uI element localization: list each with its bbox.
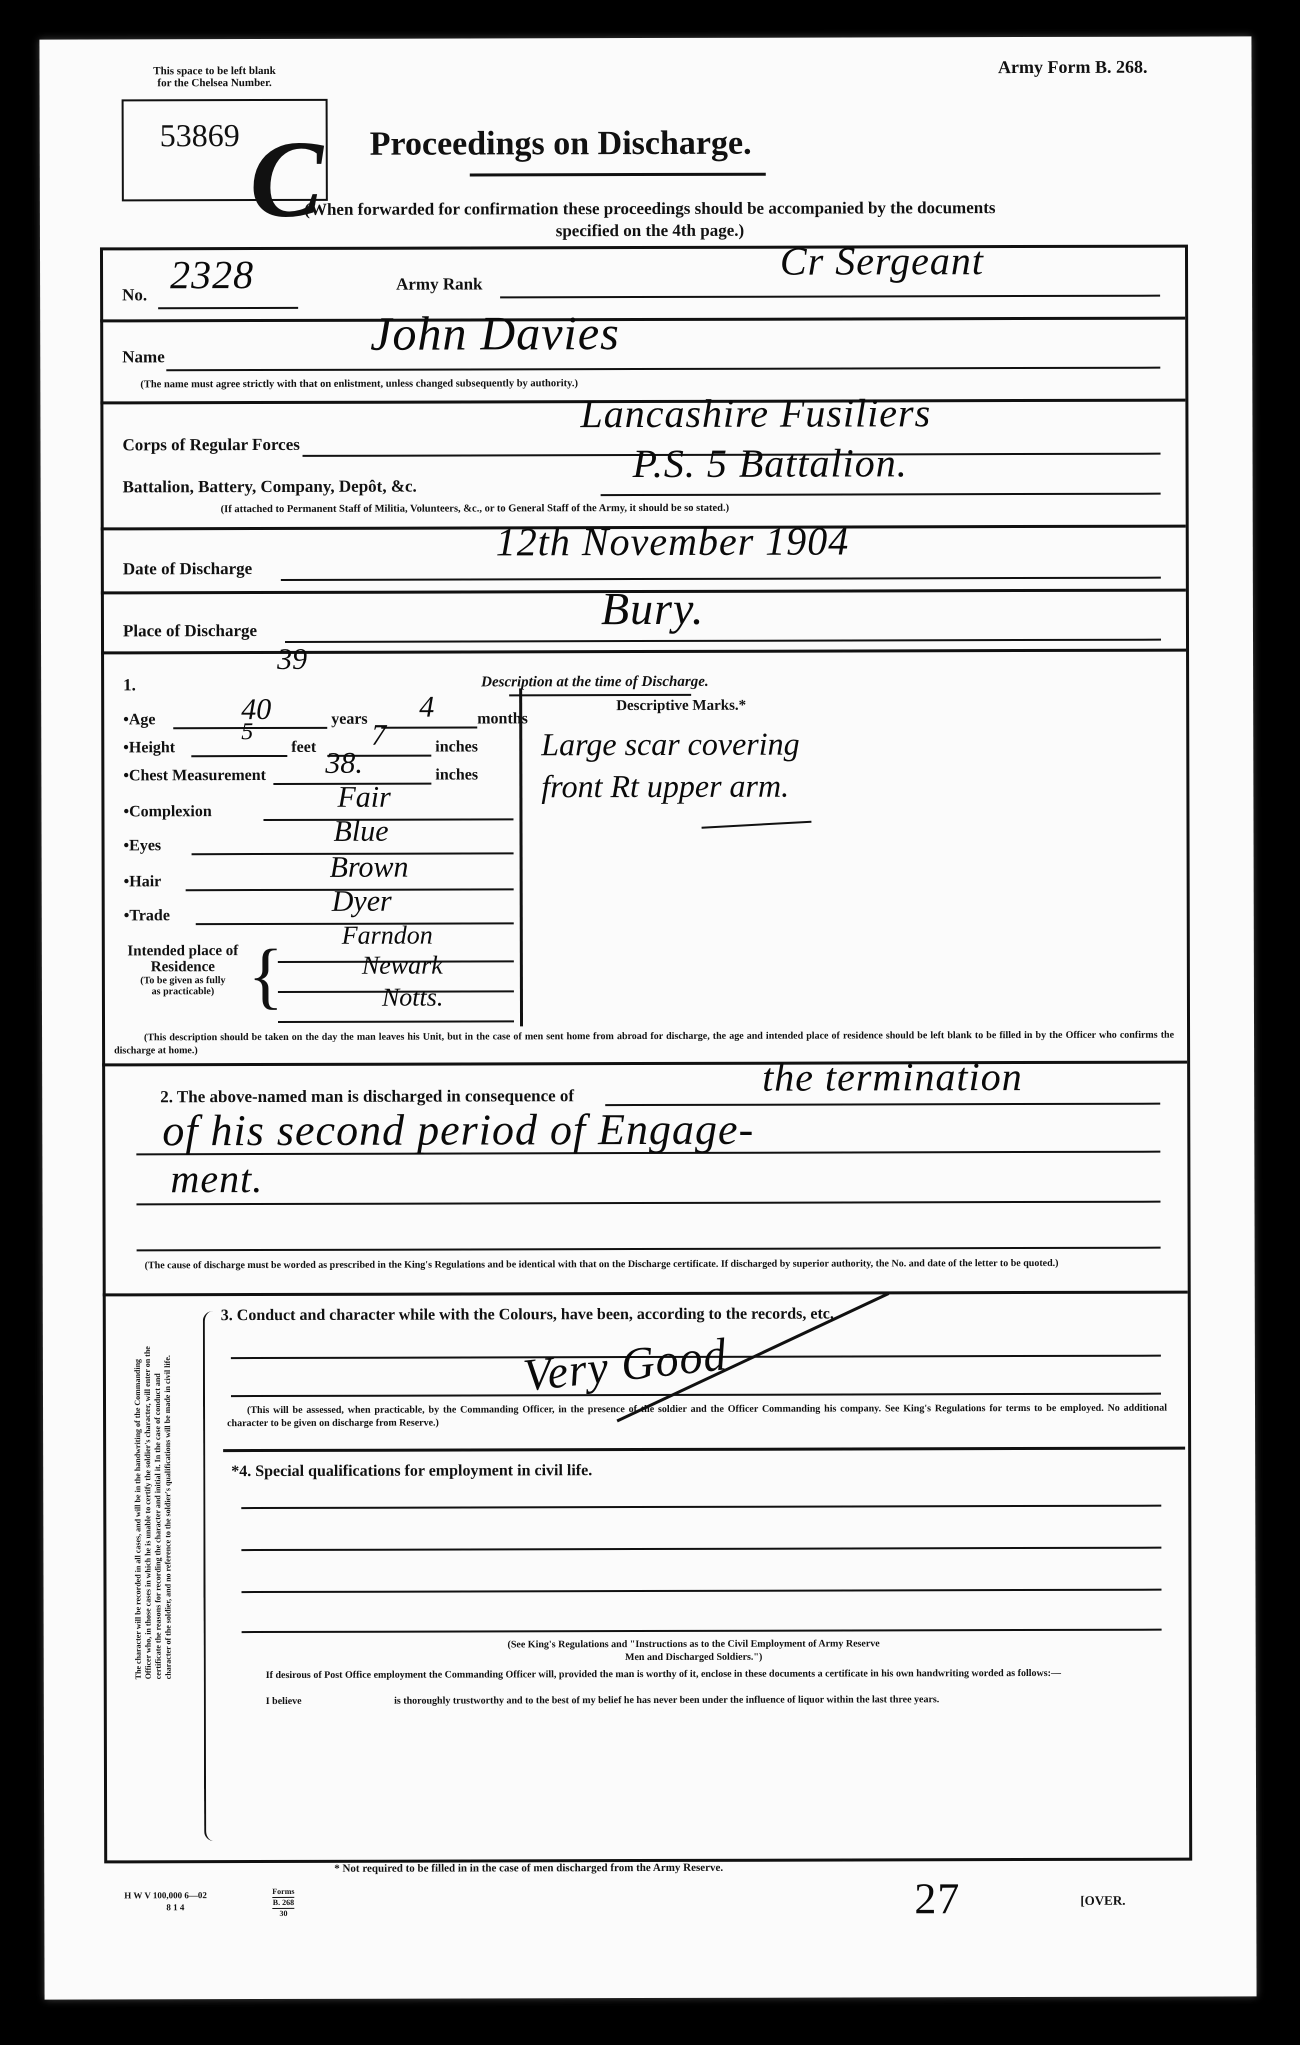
discharge-reason-note: (The cause of discharge must be worded a…: [115, 1257, 1175, 1273]
description-heading: Description at the time of Discharge.: [481, 674, 709, 692]
marks-line-1: Large scar covering: [541, 726, 799, 764]
forms-top: Forms: [272, 1887, 294, 1898]
subtitle: (When forwarded for confirmation these p…: [100, 197, 1200, 244]
subtitle-line1: (When forwarded for confirmation these p…: [100, 197, 1200, 222]
eyes-label: •Eyes: [124, 837, 162, 855]
title-underline: [470, 173, 766, 177]
subtitle-line2: specified on the 4th page.): [100, 219, 1200, 244]
years-label: years: [331, 711, 367, 729]
reason-value-1: the termination: [762, 1053, 1023, 1101]
page-number: 27: [914, 1873, 960, 1924]
chelsea-note: This space to be left blank for the Chel…: [130, 65, 300, 89]
believe-part-2: is thoroughly trustworthy and to the bes…: [304, 1694, 939, 1707]
complexion-value: Fair: [337, 781, 390, 815]
chest-value: 38.: [325, 747, 363, 781]
no-value: 2328: [170, 251, 254, 298]
no-line: [158, 307, 298, 309]
character-side-note: The character will be recorded in all ca…: [133, 1339, 196, 1679]
date-label: Date of Discharge: [123, 559, 252, 579]
age-months-value: 4: [419, 691, 434, 725]
age-correction: 39: [277, 643, 307, 677]
age-label: •Age: [123, 711, 155, 729]
residence-label: Intended place of Residence (To be given…: [116, 943, 250, 997]
height-feet-value: 5: [241, 719, 253, 746]
name-label: Name: [122, 347, 165, 367]
rank-value: Cr Sergeant: [780, 237, 984, 285]
printer-line-1: H W V 100,000 6—02: [124, 1889, 207, 1901]
form-id: Army Form B. 268.: [998, 57, 1148, 78]
section-1-number: 1.: [123, 675, 136, 695]
marks-line-2: front Rt upper arm.: [541, 768, 789, 806]
chelsea-note-line1: This space to be left blank: [130, 65, 300, 77]
eyes-value: Blue: [333, 815, 388, 849]
battalion-label: Battalion, Battery, Company, Depôt, &c.: [123, 477, 417, 498]
over-label: [OVER.: [1080, 1893, 1125, 1909]
qualifications-note-line2: Men and Discharged Soldiers."): [244, 1650, 1144, 1665]
believe-part-1: I believe: [230, 1696, 302, 1707]
feet-label: feet: [291, 739, 316, 757]
residence-brace: {: [248, 939, 284, 1013]
residence-label-4: as practicable): [116, 986, 250, 997]
believe-statement: I believe is thoroughly trustworthy and …: [230, 1693, 1166, 1708]
hair-label: •Hair: [124, 873, 162, 891]
corps-label: Corps of Regular Forces: [122, 435, 299, 455]
age-months-line: [381, 726, 477, 728]
height-inches-label: inches: [435, 738, 478, 756]
qualifications-label: *4. Special qualifications for employmen…: [231, 1462, 592, 1481]
rank-label: Army Rank: [396, 274, 482, 294]
residence-value-1: Farndon: [342, 921, 433, 951]
qualifications-note: (See King's Regulations and "Instruction…: [244, 1637, 1144, 1665]
printer-imprint: H W V 100,000 6—02 8 1 4: [124, 1889, 207, 1913]
battalion-value: P.S. 5 Battalion.: [632, 439, 907, 487]
trade-value: Dyer: [332, 885, 392, 919]
chelsea-number: 53869: [160, 117, 240, 154]
no-label: No.: [122, 285, 147, 305]
residence-value-3: Notts.: [382, 983, 444, 1013]
height-feet-line: [191, 755, 287, 757]
residence-label-3: (To be given as fully: [116, 975, 250, 986]
marks-heading: Descriptive Marks.*: [616, 698, 746, 715]
chelsea-note-line2: for the Chelsea Number.: [130, 77, 300, 89]
forms-mid: B. 268: [272, 1898, 294, 1909]
forms-fraction: Forms B. 268 30: [272, 1887, 294, 1919]
printer-line-2: 8 1 4: [124, 1901, 207, 1913]
hair-value: Brown: [330, 851, 409, 885]
post-office-note: If desirous of Post Office employment th…: [230, 1667, 1166, 1682]
residence-value-2: Newark: [362, 951, 443, 981]
residence-label-1: Intended place of: [116, 943, 250, 959]
height-inches-value: 7: [371, 719, 386, 753]
side-bracket: [203, 1311, 216, 1841]
forms-bot: 30: [272, 1909, 294, 1919]
complexion-label: •Complexion: [123, 803, 211, 821]
chest-unit: inches: [435, 766, 478, 784]
reason-value-3: ment.: [170, 1155, 263, 1202]
name-value: John Davies: [370, 306, 620, 362]
chest-label: •Chest Measurement: [123, 767, 266, 785]
date-value: 12th November 1904: [496, 517, 850, 565]
name-note: (The name must agree strictly with that …: [140, 376, 578, 392]
residence-label-2: Residence: [116, 959, 250, 975]
reason-value-2: of his second period of Engage-: [162, 1104, 754, 1157]
height-label: •Height: [123, 739, 175, 757]
battalion-note: (If attached to Permanent Staff of Milit…: [221, 501, 729, 517]
discharge-form-page: This space to be left blank for the Chel…: [39, 36, 1256, 1999]
conduct-label: 3. Conduct and character while with the …: [221, 1306, 834, 1326]
asterisk-footnote: * Not required to be filled in in the ca…: [334, 1862, 723, 1875]
trade-label: •Trade: [124, 907, 170, 925]
place-label: Place of Discharge: [123, 621, 257, 641]
page-title: Proceedings on Discharge.: [370, 125, 752, 164]
conduct-note: (This will be assessed, when practicable…: [227, 1402, 1167, 1430]
place-value: Bury.: [601, 582, 705, 635]
corps-value: Lancashire Fusiliers: [580, 389, 931, 437]
